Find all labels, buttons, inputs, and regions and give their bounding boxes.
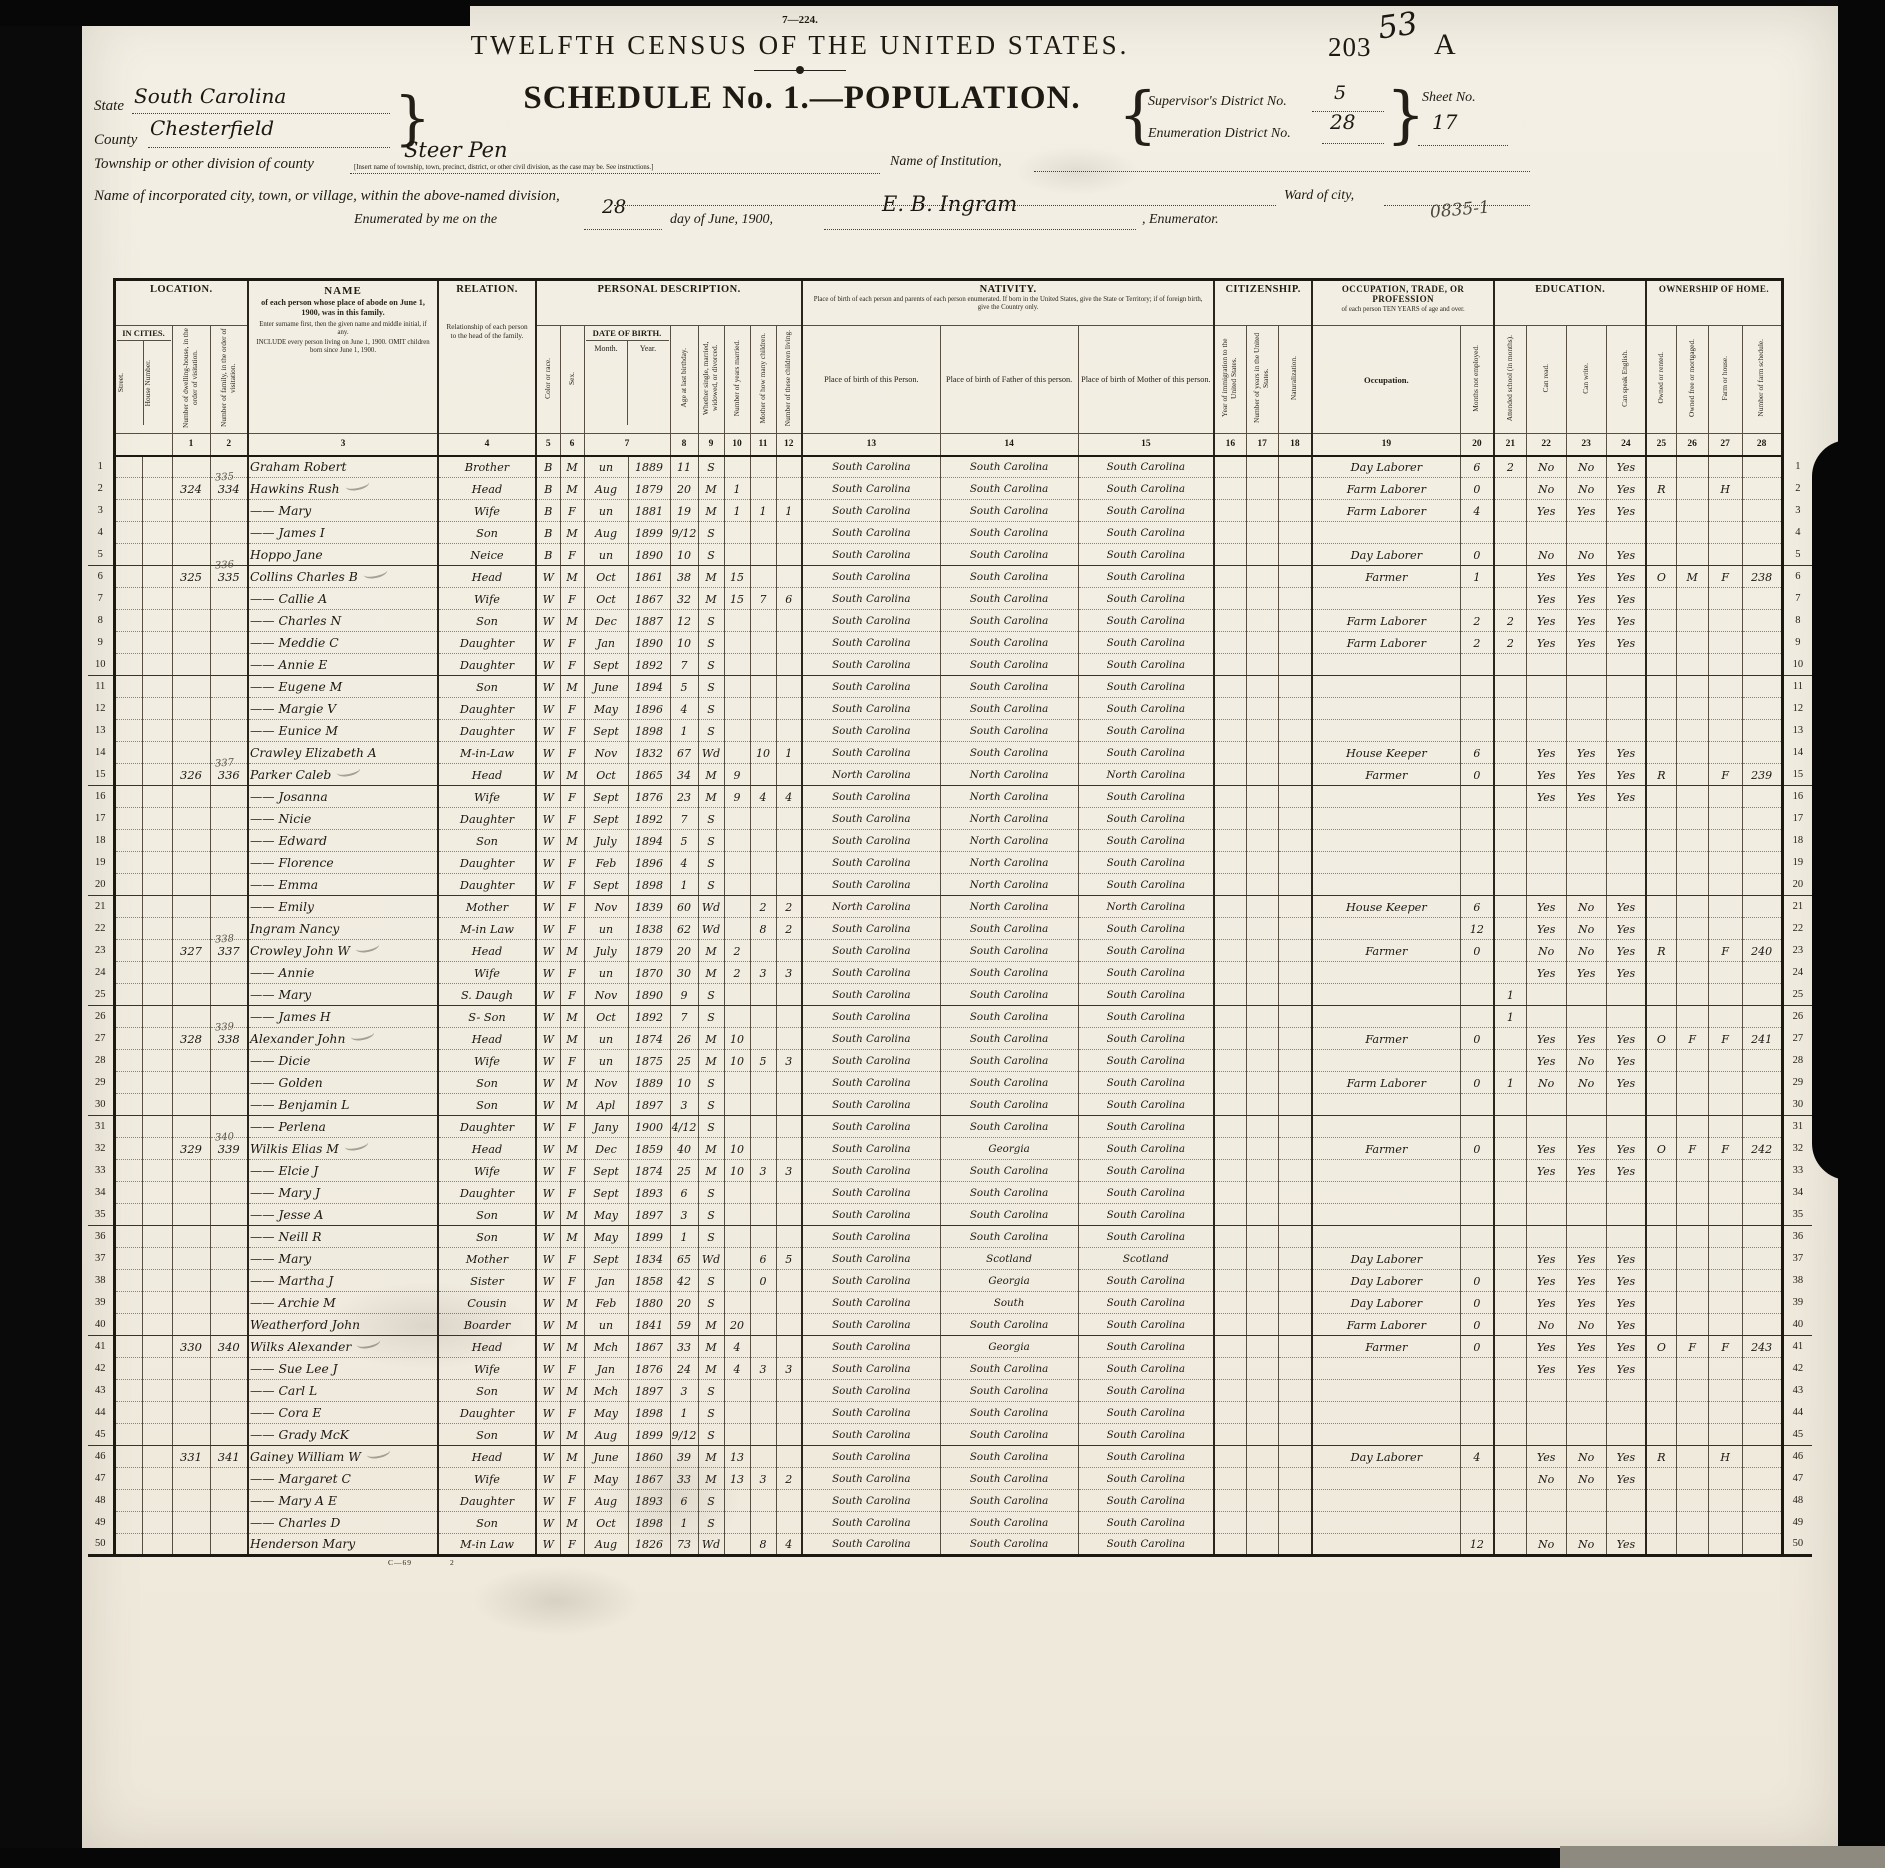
cell-years-married (724, 1490, 750, 1512)
cell-farm-or-house (1708, 852, 1742, 874)
cell-months-not-employed (1460, 1094, 1494, 1116)
cell-age: 67 (670, 742, 698, 764)
cell-can-write: Yes (1566, 1138, 1606, 1160)
cell-owned-or-rented (1646, 720, 1676, 742)
cell-sex: F (560, 874, 584, 896)
cell-sex: M (560, 1138, 584, 1160)
cell-owned-or-rented (1646, 698, 1676, 720)
cell-children-living (776, 1072, 802, 1094)
line-number-left: 36 (88, 1226, 114, 1248)
cell-marital-status: M (698, 1050, 724, 1072)
cell-owned-free-or-mortgaged (1676, 962, 1708, 984)
cell-months-not-employed (1460, 1424, 1494, 1446)
cell-name: —— Mary J (248, 1182, 438, 1204)
dob-block: DATE OF BIRTH. Month. Year. (584, 326, 670, 434)
line-number-left: 4 (88, 522, 114, 544)
cell-children-living: 3 (776, 1050, 802, 1072)
cell-can-speak-english: Yes (1606, 1248, 1646, 1270)
cell-farm-schedule-number: 241 (1742, 1028, 1782, 1050)
cell-birth-year: 1897 (628, 1094, 670, 1116)
cell-children-living (776, 1138, 802, 1160)
cell-mother-birthplace: South Carolina (1078, 588, 1214, 610)
cell-relation: Brother (438, 456, 536, 478)
cell-immigration-year (1214, 764, 1246, 786)
cell-family-number (210, 874, 248, 896)
line-number-left: 9 (88, 632, 114, 654)
line-number-right: 6 (1782, 566, 1812, 588)
city-label: Name of incorporated city, town, or vill… (94, 188, 560, 205)
cell-relation: Son (438, 1072, 536, 1094)
cell-age: 12 (670, 610, 698, 632)
cell-house-number (142, 918, 172, 940)
cell-farm-schedule-number (1742, 918, 1782, 940)
cell-farm-or-house (1708, 808, 1742, 830)
cell-months-not-employed (1460, 720, 1494, 742)
col12-label: Number of these children living. (776, 326, 802, 434)
line-number-right: 1 (1782, 456, 1812, 478)
cell-marital-status: S (698, 1512, 724, 1534)
cell-naturalization (1278, 764, 1312, 786)
cell-color-race: W (536, 1314, 560, 1336)
cell-birth-year: 1900 (628, 1116, 670, 1138)
cell-relation: Son (438, 1204, 536, 1226)
cell-naturalization (1278, 1534, 1312, 1556)
cell-owned-or-rented (1646, 1094, 1676, 1116)
cell-dwelling-number: 329 (172, 1138, 210, 1160)
cell-years-married (724, 610, 750, 632)
cell-birthplace: South Carolina (802, 1336, 940, 1358)
cell-years-in-us (1246, 1204, 1278, 1226)
cell-mother-of-children (750, 698, 776, 720)
cell-can-read (1526, 1380, 1566, 1402)
cell-mother-birthplace: South Carolina (1078, 632, 1214, 654)
cell-can-read: Yes (1526, 1138, 1566, 1160)
cell-can-speak-english: Yes (1606, 962, 1646, 984)
census-row: 11—— Eugene MSonWMJune18945SSouth Caroli… (88, 676, 1812, 698)
cell-relation: Wife (438, 1160, 536, 1182)
cell-can-read (1526, 874, 1566, 896)
cell-mother-of-children (750, 764, 776, 786)
census-row: 5Hoppo JaneNeiceBFun189010SSouth Carolin… (88, 544, 1812, 566)
name-head: NAME (250, 281, 436, 297)
cell-street (114, 1050, 142, 1072)
line-number-right: 45 (1782, 1424, 1812, 1446)
cell-birth-year: 1880 (628, 1292, 670, 1314)
cell-can-speak-english (1606, 1204, 1646, 1226)
cell-age: 24 (670, 1358, 698, 1380)
cell-birth-month: Jany (584, 1116, 628, 1138)
cell-months-not-employed (1460, 1006, 1494, 1028)
cell-marital-status: M (698, 1160, 724, 1182)
cell-attended-school: 1 (1494, 1072, 1526, 1094)
cell-can-write (1566, 1380, 1606, 1402)
cell-birthplace: South Carolina (802, 478, 940, 500)
cell-attended-school (1494, 1424, 1526, 1446)
enumerated-pre: Enumerated by me on the (354, 212, 497, 228)
cell-farm-or-house (1708, 456, 1742, 478)
cell-immigration-year (1214, 522, 1246, 544)
cell-farm-or-house (1708, 500, 1742, 522)
pencil-mark (344, 477, 370, 493)
line-number-left: 7 (88, 588, 114, 610)
line-number-right: 30 (1782, 1094, 1812, 1116)
cell-occupation (1312, 830, 1460, 852)
colnum-8: 8 (670, 434, 698, 456)
cell-naturalization (1278, 1072, 1312, 1094)
cell-sex: M (560, 1512, 584, 1534)
cell-owned-or-rented (1646, 1402, 1676, 1424)
cell-birth-year: 1879 (628, 478, 670, 500)
census-row: 38—— Martha JSisterWFJan185842S0South Ca… (88, 1270, 1812, 1292)
cell-dwelling-number (172, 1226, 210, 1248)
cell-can-read (1526, 1204, 1566, 1226)
cell-relation: Son (438, 1424, 536, 1446)
cell-owned-free-or-mortgaged: F (1676, 1028, 1708, 1050)
cell-years-in-us (1246, 610, 1278, 632)
form-footer-code: C—692 (388, 1558, 493, 1567)
cell-family-number (210, 984, 248, 1006)
cell-occupation (1312, 654, 1460, 676)
cell-marital-status: S (698, 874, 724, 896)
cell-months-not-employed (1460, 588, 1494, 610)
cell-can-write: No (1566, 1534, 1606, 1556)
cell-sex: M (560, 940, 584, 962)
cell-marital-status: M (698, 500, 724, 522)
col18-label: Naturalization. (1278, 326, 1312, 434)
cell-naturalization (1278, 1336, 1312, 1358)
dob-head: DATE OF BIRTH. (586, 326, 669, 341)
cell-dwelling-number (172, 1490, 210, 1512)
handwritten-page-note: 53 (1376, 5, 1420, 46)
scanned-census-page: 7—224. TWELFTH CENSUS OF THE UNITED STAT… (0, 0, 1885, 1868)
cell-months-not-employed: 0 (1460, 764, 1494, 786)
cell-months-not-employed (1460, 984, 1494, 1006)
cell-relation: M-in Law (438, 1534, 536, 1556)
cell-birth-month: Feb (584, 852, 628, 874)
cell-family-number (210, 698, 248, 720)
cell-years-married (724, 654, 750, 676)
cell-birth-year: 1893 (628, 1182, 670, 1204)
cell-attended-school (1494, 786, 1526, 808)
cell-months-not-employed: 6 (1460, 456, 1494, 478)
cell-owned-free-or-mortgaged (1676, 522, 1708, 544)
enumeration-line (1322, 128, 1384, 144)
enumerated-post: , Enumerator. (1142, 212, 1219, 228)
col9-label: Whether single, married, widowed, or div… (698, 326, 724, 434)
cell-children-living (776, 1226, 802, 1248)
cell-birth-year: 1896 (628, 852, 670, 874)
cell-father-birthplace: South Carolina (940, 1006, 1078, 1028)
cell-sex: M (560, 1446, 584, 1468)
cell-years-in-us (1246, 522, 1278, 544)
cell-sex: F (560, 1050, 584, 1072)
cell-dwelling-number (172, 1534, 210, 1556)
cell-mother-birthplace: South Carolina (1078, 1512, 1214, 1534)
cell-farm-schedule-number (1742, 1292, 1782, 1314)
page-title: TWELFTH CENSUS OF THE UNITED STATES. (82, 30, 1518, 61)
cell-years-married (724, 1248, 750, 1270)
line-number-left: 6 (88, 566, 114, 588)
cell-can-speak-english (1606, 654, 1646, 676)
cell-can-read (1526, 1006, 1566, 1028)
cell-owned-or-rented (1646, 1248, 1676, 1270)
cell-marital-status: S (698, 632, 724, 654)
cell-mother-of-children (750, 808, 776, 830)
cell-relation: Neice (438, 544, 536, 566)
cell-age: 3 (670, 1094, 698, 1116)
cell-birth-year: 1834 (628, 1248, 670, 1270)
cell-house-number (142, 654, 172, 676)
cell-can-read: No (1526, 478, 1566, 500)
cell-marital-status: S (698, 522, 724, 544)
cell-children-living: 3 (776, 1358, 802, 1380)
cell-months-not-employed: 4 (1460, 500, 1494, 522)
cell-birthplace: South Carolina (802, 1072, 940, 1094)
cell-father-birthplace: South Carolina (940, 610, 1078, 632)
cell-relation: Daughter (438, 852, 536, 874)
cell-name: Crawley Elizabeth A (248, 742, 438, 764)
cell-can-speak-english: Yes (1606, 1138, 1646, 1160)
cell-dwelling-number (172, 456, 210, 478)
census-row: 6325335336Collins Charles BHeadWMOct1861… (88, 566, 1812, 588)
cell-birthplace: South Carolina (802, 1006, 940, 1028)
cell-immigration-year (1214, 896, 1246, 918)
cell-birth-year: 1826 (628, 1534, 670, 1556)
cell-months-not-employed (1460, 654, 1494, 676)
cell-years-in-us (1246, 698, 1278, 720)
cell-years-married (724, 1094, 750, 1116)
line-number-right: 46 (1782, 1446, 1812, 1468)
cell-birthplace: South Carolina (802, 1380, 940, 1402)
house-number-label: House Number. (144, 360, 171, 406)
cell-marital-status: Wd (698, 1248, 724, 1270)
cell-attended-school (1494, 1138, 1526, 1160)
cell-birth-year: 1874 (628, 1028, 670, 1050)
cell-marital-status: M (698, 478, 724, 500)
cell-years-in-us (1246, 1094, 1278, 1116)
cell-occupation (1312, 984, 1460, 1006)
cell-owned-free-or-mortgaged: M (1676, 566, 1708, 588)
cell-immigration-year (1214, 500, 1246, 522)
cell-birth-month: un (584, 1050, 628, 1072)
county-line (148, 132, 390, 148)
cell-birthplace: South Carolina (802, 676, 940, 698)
census-row: 31—— PerlenaDaughterWFJany19004/12SSouth… (88, 1116, 1812, 1138)
cell-birth-month: Mch (584, 1336, 628, 1358)
cell-name: —— Nicie (248, 808, 438, 830)
cell-can-speak-english (1606, 1490, 1646, 1512)
cell-owned-or-rented (1646, 786, 1676, 808)
cell-children-living: 4 (776, 786, 802, 808)
cell-relation: Son (438, 610, 536, 632)
cell-father-birthplace: South Carolina (940, 478, 1078, 500)
cell-street (114, 1402, 142, 1424)
cell-can-write (1566, 676, 1606, 698)
cell-attended-school (1494, 940, 1526, 962)
line-number-right: 41 (1782, 1336, 1812, 1358)
cell-mother-of-children: 8 (750, 1534, 776, 1556)
cell-house-number (142, 742, 172, 764)
cell-age: 10 (670, 544, 698, 566)
cell-father-birthplace: Georgia (940, 1336, 1078, 1358)
cell-owned-or-rented (1646, 654, 1676, 676)
cell-naturalization (1278, 1402, 1312, 1424)
cell-attended-school (1494, 698, 1526, 720)
cell-can-write: Yes (1566, 566, 1606, 588)
cell-birth-month: Jan (584, 1270, 628, 1292)
cell-marital-status: S (698, 1270, 724, 1292)
cell-owned-or-rented (1646, 1072, 1676, 1094)
cell-owned-free-or-mortgaged (1676, 1468, 1708, 1490)
cell-can-speak-english: Yes (1606, 786, 1646, 808)
cell-naturalization (1278, 654, 1312, 676)
cell-farm-or-house (1708, 742, 1742, 764)
cell-color-race: W (536, 742, 560, 764)
cell-years-married (724, 544, 750, 566)
cell-color-race: W (536, 962, 560, 984)
cell-months-not-employed: 0 (1460, 1292, 1494, 1314)
cell-attended-school (1494, 1358, 1526, 1380)
cell-house-number (142, 896, 172, 918)
cell-can-speak-english (1606, 830, 1646, 852)
cell-birth-year: 1892 (628, 808, 670, 830)
cell-mother-birthplace: South Carolina (1078, 852, 1214, 874)
cell-can-read (1526, 984, 1566, 1006)
cell-can-write: No (1566, 456, 1606, 478)
cell-months-not-employed (1460, 852, 1494, 874)
cell-name: —— Edward (248, 830, 438, 852)
cell-birth-month: Aug (584, 1424, 628, 1446)
cell-years-in-us (1246, 808, 1278, 830)
cell-can-speak-english: Yes (1606, 566, 1646, 588)
line-number-right: 33 (1782, 1160, 1812, 1182)
cell-children-living (776, 1182, 802, 1204)
cell-birth-year: 1890 (628, 984, 670, 1006)
cell-months-not-employed (1460, 1380, 1494, 1402)
cell-years-in-us (1246, 1358, 1278, 1380)
cell-age: 73 (670, 1534, 698, 1556)
cell-birth-month: May (584, 1402, 628, 1424)
cell-owned-free-or-mortgaged (1676, 1358, 1708, 1380)
supervisor-label: Supervisor's District No. (1148, 94, 1287, 110)
cell-dwelling-number (172, 830, 210, 852)
cell-years-married (724, 1072, 750, 1094)
cell-occupation (1312, 1050, 1460, 1072)
cell-owned-free-or-mortgaged (1676, 742, 1708, 764)
cell-attended-school (1494, 588, 1526, 610)
cell-birth-year: 1867 (628, 1468, 670, 1490)
cell-marital-status: S (698, 676, 724, 698)
cell-color-race: W (536, 1424, 560, 1446)
cell-marital-status: M (698, 940, 724, 962)
cell-months-not-employed: 0 (1460, 1336, 1494, 1358)
cell-birth-month: Oct (584, 1006, 628, 1028)
cell-family-number (210, 1204, 248, 1226)
cell-age: 1 (670, 1226, 698, 1248)
cell-owned-free-or-mortgaged (1676, 478, 1708, 500)
cell-occupation (1312, 1402, 1460, 1424)
state-label: State (94, 98, 124, 115)
cell-can-write (1566, 522, 1606, 544)
cell-mother-birthplace: South Carolina (1078, 676, 1214, 698)
cell-months-not-employed: 12 (1460, 1534, 1494, 1556)
cell-family-number (210, 1270, 248, 1292)
cell-mother-birthplace: South Carolina (1078, 830, 1214, 852)
cell-street (114, 918, 142, 940)
section-location: LOCATION. (114, 280, 248, 326)
cell-can-read: No (1526, 1314, 1566, 1336)
cell-mother-of-children: 1 (750, 500, 776, 522)
cell-relation: Head (438, 478, 536, 500)
cell-farm-schedule-number (1742, 1072, 1782, 1094)
cell-color-race: W (536, 610, 560, 632)
cell-owned-or-rented (1646, 1358, 1676, 1380)
cell-dwelling-number (172, 1358, 210, 1380)
cell-relation: Daughter (438, 654, 536, 676)
cell-immigration-year (1214, 544, 1246, 566)
cell-birthplace: South Carolina (802, 808, 940, 830)
cell-years-in-us (1246, 566, 1278, 588)
cell-naturalization (1278, 1446, 1312, 1468)
cell-immigration-year (1214, 698, 1246, 720)
cell-owned-free-or-mortgaged (1676, 698, 1708, 720)
cell-children-living (776, 676, 802, 698)
cell-attended-school: 2 (1494, 632, 1526, 654)
cell-years-in-us (1246, 1270, 1278, 1292)
line-number-right: 22 (1782, 918, 1812, 940)
cell-naturalization (1278, 500, 1312, 522)
cell-mother-birthplace: South Carolina (1078, 1182, 1214, 1204)
cell-birthplace: South Carolina (802, 984, 940, 1006)
cell-sex: F (560, 1402, 584, 1424)
cell-age: 40 (670, 1138, 698, 1160)
line-number-right: 18 (1782, 830, 1812, 852)
cell-years-in-us (1246, 1292, 1278, 1314)
cell-farm-or-house (1708, 874, 1742, 896)
colnum-24: 24 (1606, 434, 1646, 456)
cell-birthplace: South Carolina (802, 874, 940, 896)
cell-owned-free-or-mortgaged (1676, 1292, 1708, 1314)
cell-immigration-year (1214, 720, 1246, 742)
cell-months-not-employed (1460, 1160, 1494, 1182)
cell-owned-free-or-mortgaged (1676, 1050, 1708, 1072)
line-number-right: 14 (1782, 742, 1812, 764)
cell-family-number (210, 720, 248, 742)
cell-color-race: W (536, 1182, 560, 1204)
cell-father-birthplace: South (940, 1292, 1078, 1314)
cell-sex: F (560, 852, 584, 874)
colnum-19: 19 (1312, 434, 1460, 456)
cell-street (114, 1336, 142, 1358)
cell-attended-school (1494, 1490, 1526, 1512)
cell-farm-schedule-number (1742, 1116, 1782, 1138)
cell-birth-month: un (584, 1028, 628, 1050)
line-number-left: 45 (88, 1424, 114, 1446)
cell-owned-free-or-mortgaged (1676, 852, 1708, 874)
cell-years-in-us (1246, 456, 1278, 478)
cell-children-living (776, 1402, 802, 1424)
cell-occupation: Farm Laborer (1312, 1314, 1460, 1336)
cell-family-number (210, 676, 248, 698)
cell-years-married (724, 874, 750, 896)
ownership-head: OWNERSHIP OF HOME. (1648, 281, 1780, 294)
cell-farm-or-house (1708, 720, 1742, 742)
cell-marital-status: Wd (698, 1534, 724, 1556)
col23-label: Can write. (1566, 326, 1606, 434)
cell-family-number (210, 1424, 248, 1446)
cell-name: —— Annie E (248, 654, 438, 676)
cell-occupation: Farmer (1312, 764, 1460, 786)
